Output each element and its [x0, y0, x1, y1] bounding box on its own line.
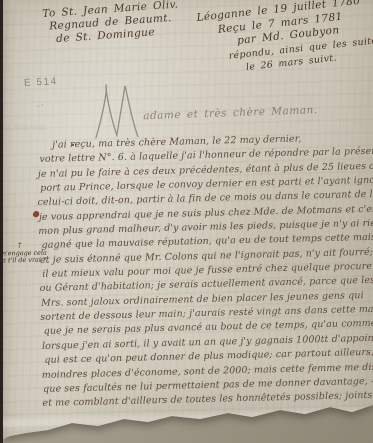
letter-sheet: port au Prince, lorsque le convoy dernie… [0, 0, 373, 443]
ink-dot [72, 144, 74, 146]
paper-surface: port au Prince, lorsque le convoy dernie… [0, 0, 373, 443]
bleed-through-text: port au Prince, lorsque le convoy dernie… [0, 33, 12, 90]
date-reception-annotation: Léoganne le 19 juillet 1780 Reçu le 7 ma… [196, 0, 373, 79]
address-annotation: To St. Jean Marie Oliv. Regnaud de Beaum… [42, 0, 181, 47]
archive-shelfmark: E 514 [24, 76, 58, 89]
flourished-initial-m-icon [92, 80, 140, 144]
letter-body: j'ai reçu, ma très chère Maman, le 22 ma… [36, 131, 373, 412]
pencil-marks: .. [35, 98, 47, 110]
photo-backdrop: port au Prince, lorsque le convoy dernie… [0, 0, 373, 443]
salutation-text: adame et très chère Maman. [143, 104, 318, 122]
